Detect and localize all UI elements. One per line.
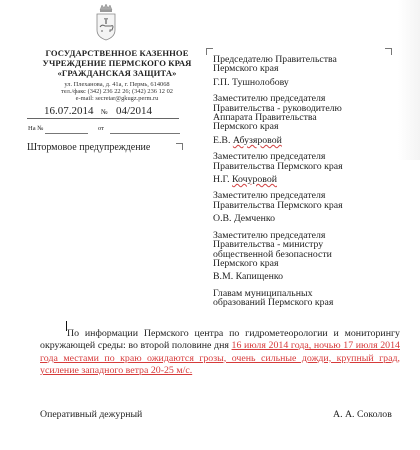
addressee-name: В.М. Капищенко <box>213 272 393 281</box>
org-line-3: «ГРАЖДАНСКАЯ ЗАЩИТА» <box>28 68 206 78</box>
document-body[interactable]: По информации Пермского центра по гидром… <box>40 328 400 377</box>
addressee-name: Г.П. Тушнолобову <box>213 78 393 87</box>
signature-name: А. А. Соколов <box>333 409 392 420</box>
ref-number-blank <box>45 133 88 134</box>
subject-corner-mark <box>176 143 183 150</box>
ref-number-label: На № <box>28 125 43 132</box>
registration-line: 16.07.2014 № 04/2014 <box>27 106 179 119</box>
document-date: 16.07.2014 <box>44 105 94 117</box>
reference-line: На № от <box>28 125 180 135</box>
addressee-4: Заместителю председателя Правительства П… <box>213 191 393 223</box>
addressee-surname: Кочуровой <box>232 174 277 185</box>
addressee-name: Е.В. Абузяровой <box>213 136 393 145</box>
addressee-name: О.В. Демченко <box>213 214 393 223</box>
org-line-1: ГОСУДАРСТВЕННОЕ КАЗЕННОЕ <box>28 48 206 58</box>
addressee-5: Заместителю председателя Правительства -… <box>213 231 393 282</box>
ref-date-blank <box>110 133 180 134</box>
document-number: 04/2014 <box>116 105 152 117</box>
addressee-2: Заместителю председателя Правительства -… <box>213 94 393 145</box>
signature-position: Оперативный дежурный <box>40 409 142 420</box>
phone-line: тел./факс (342) 236 22 26; (342) 236 12 … <box>28 88 206 95</box>
addressee-3: Заместителю председателя Правительства П… <box>213 152 393 184</box>
page-edge-shadow <box>398 0 420 160</box>
addressee-corner-left <box>206 48 213 55</box>
addressee-title: Правительства Пермского края <box>213 162 393 171</box>
number-sign: № <box>101 108 108 116</box>
addressee-1: Председателю Правительства Пермского кра… <box>213 55 393 87</box>
org-line-2: УЧРЕЖДЕНИЕ ПЕРМСКОГО КРАЯ <box>28 58 206 68</box>
addressee-initials: Н.Г. <box>213 174 232 185</box>
addressee-title: образований Пермского края <box>213 298 393 307</box>
email-line: e-mail: secretar@gkugz.perm.ru <box>28 95 206 102</box>
addressee-surname: Абузяровой <box>233 135 282 146</box>
addressee-corner-right <box>385 48 392 55</box>
document-subject: Штормовое предупреждение <box>27 142 150 153</box>
perm-krai-coat-of-arms-icon <box>94 2 118 42</box>
address-line: ул. Плеханова, д. 41а, г. Пермь, 614068 <box>28 81 206 88</box>
ref-from-label: от <box>98 125 104 132</box>
addressee-name: Н.Г. Кочуровой <box>213 175 393 184</box>
addressee-title: Пермского края <box>213 259 393 268</box>
addressee-initials: Е.В. <box>213 135 233 146</box>
addressee-6: Главам муниципальных образований Пермско… <box>213 289 393 308</box>
addressee-block: Председателю Правительства Пермского кра… <box>213 55 393 308</box>
organization-name: ГОСУДАРСТВЕННОЕ КАЗЕННОЕ УЧРЕЖДЕНИЕ ПЕРМ… <box>28 48 206 78</box>
addressee-title: Правительства Пермского края <box>213 201 393 210</box>
addressee-title: Пермского края <box>213 122 393 131</box>
organization-address: ул. Плеханова, д. 41а, г. Пермь, 614068 … <box>28 81 206 103</box>
addressee-title: Пермского края <box>213 64 393 73</box>
